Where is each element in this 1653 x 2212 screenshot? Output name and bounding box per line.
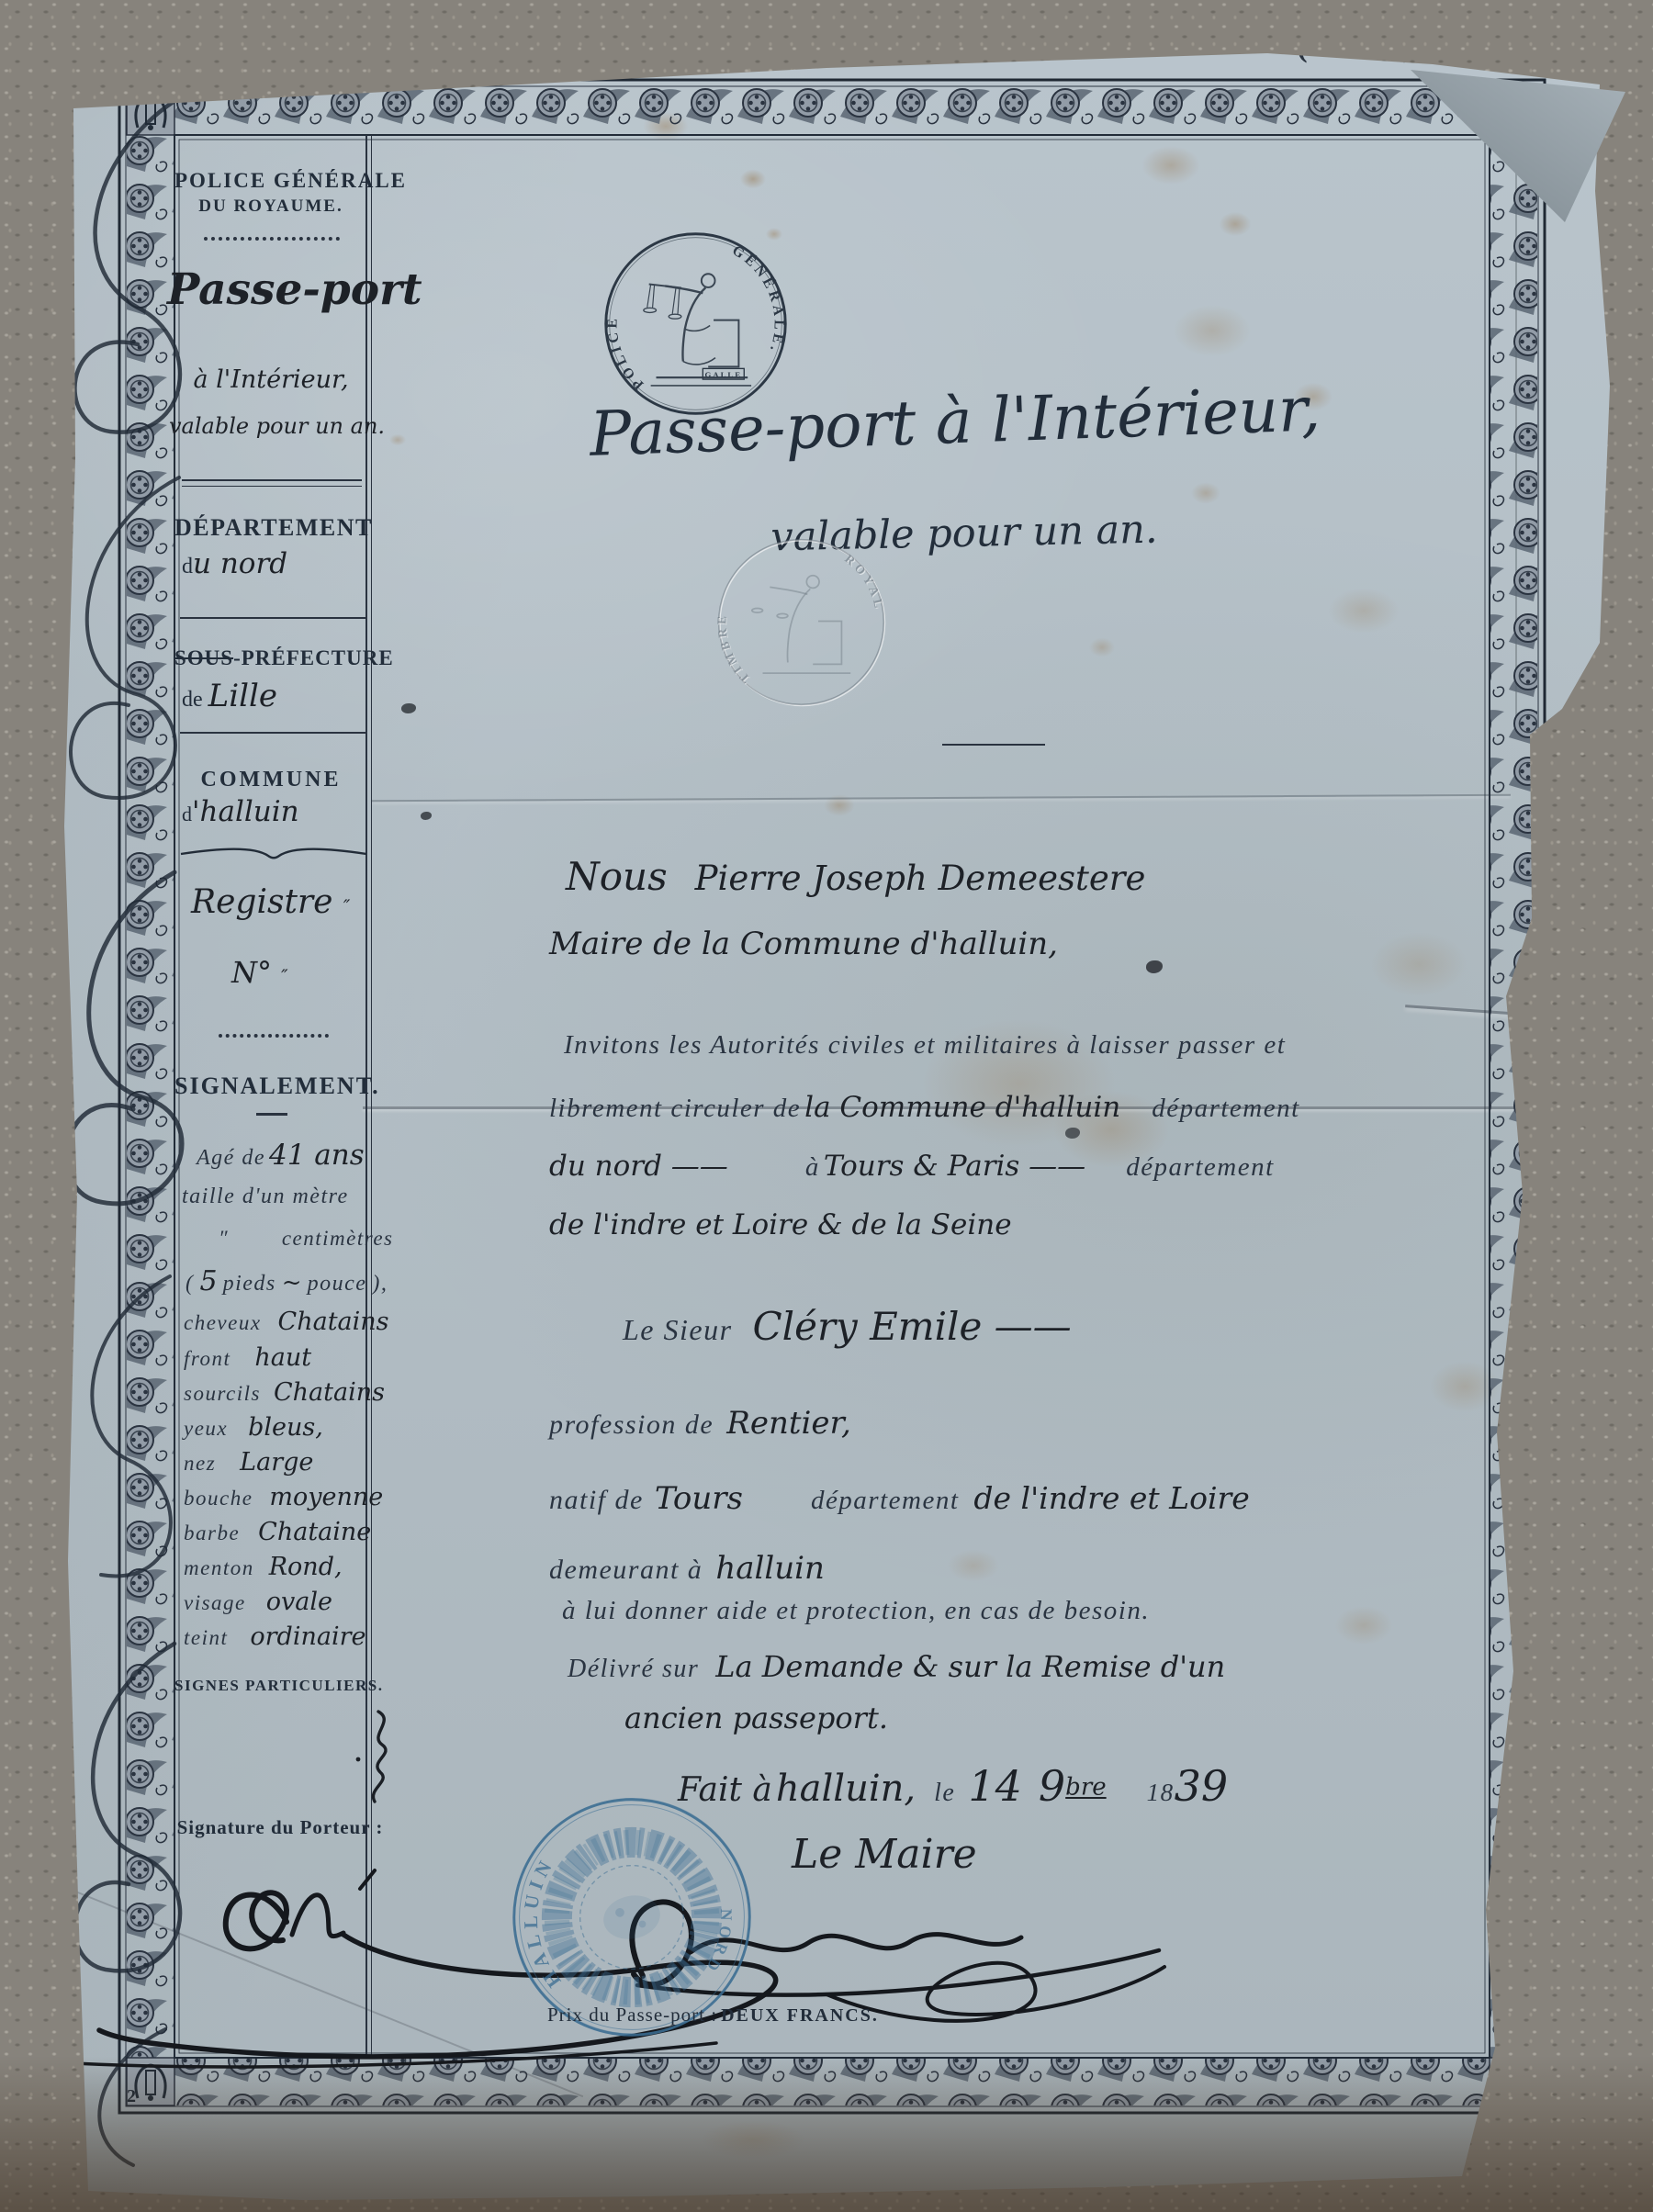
pouce-value: ~ (282, 1269, 302, 1297)
pieds-value: 5 (200, 1265, 218, 1297)
row-label: bouche (184, 1487, 253, 1510)
natif-dept-value: de l'indre et Loire (973, 1480, 1249, 1516)
pen-squiggle (342, 1706, 406, 1812)
profession-value: Rentier, (726, 1405, 851, 1442)
row-value: Chataine (258, 1518, 371, 1546)
ditto-quote: ″ (219, 1227, 229, 1250)
line-aide: à lui donner aide et protection, en cas … (562, 1596, 1150, 1626)
handwritten-segment: Tours & Paris —— (824, 1150, 1085, 1183)
registre-label: Registre ″ (191, 883, 350, 921)
centimetres-row: ″ centimètres (219, 1227, 394, 1251)
price-line: Prix du Passe-port : DEUX FRANCS. (547, 2004, 879, 2027)
line-sieur: Le Sieur Cléry Emile —— (623, 1304, 1072, 1349)
delivre-label: Délivré sur (568, 1655, 699, 1683)
row-value: Rond, (269, 1553, 343, 1581)
row-value: haut (254, 1343, 311, 1372)
bearer-issuer-name: Pierre Joseph Demeestere (695, 859, 1146, 898)
row-value: moyenne (269, 1483, 383, 1511)
taille-row: taille d'un mètre (182, 1185, 349, 1209)
signalement-row: sourcils Chatains (184, 1378, 385, 1407)
natif-label: natif de (549, 1485, 644, 1515)
stain (680, 2112, 826, 2167)
numero-word: N° (231, 955, 272, 990)
left-subtitle2: valable pour un an. (169, 413, 371, 439)
departement-label: DÉPARTEMENT (174, 514, 367, 542)
line-ancien-passeport: ancien passeport. (624, 1701, 888, 1735)
printed-segment: département (1126, 1152, 1274, 1182)
row-value: Chatains (278, 1308, 389, 1336)
line-departements: de l'indre et Loire & de la Seine (549, 1208, 1012, 1241)
dotted-rule (204, 237, 340, 241)
seal-text-police: POLICE (604, 315, 647, 392)
prefecture-word: -PRÉFECTURE (233, 646, 394, 669)
section-rule (942, 744, 1045, 746)
signalement-title: SIGNALEMENT. (174, 1072, 367, 1100)
nous-word: Nous (566, 854, 668, 899)
age-value: 41 ans (269, 1139, 365, 1172)
sous-struck: SOUS (174, 646, 233, 669)
corner-mark: (P. 1.) (1297, 28, 1420, 64)
numero-label: N° ″ (231, 955, 288, 990)
left-subtitle1: à l'Intérieur, (174, 365, 367, 394)
row-label: nez (184, 1452, 216, 1475)
page-number: 2 (127, 2086, 136, 2107)
printed-prefix: d (182, 555, 193, 578)
handwritten-value: Lille (208, 678, 277, 714)
departement-value: du nord (182, 547, 287, 580)
cm-label: centimètres (282, 1227, 394, 1250)
demeurant-value: halluin (715, 1550, 825, 1587)
price-value: DEUX FRANCS. (721, 2005, 879, 2026)
date-day: 14 (968, 1761, 1022, 1811)
commune-label: COMMUNE (174, 768, 367, 792)
line-natif: natif de Tours département de l'indre et… (549, 1480, 1250, 1517)
row-label: teint (184, 1626, 228, 1649)
registre-word: Registre (191, 883, 332, 921)
printed-segment: département (1152, 1094, 1299, 1123)
sieur-name: Cléry Emile —— (753, 1304, 1072, 1349)
delivre-value: La Demande & sur la Remise d'un (715, 1649, 1225, 1684)
demeurant-label: demeurant à (549, 1555, 703, 1585)
ditto-mark: ″ (281, 965, 287, 987)
paper-bottom-shadow (0, 2057, 1653, 2212)
printed-prefix: d (182, 803, 192, 825)
row-label: menton (184, 1556, 254, 1579)
svg-text:POLICE: POLICE (604, 315, 647, 392)
left-header-line2: DU ROYAUME. (174, 196, 367, 217)
printed-prefix: de (182, 688, 203, 712)
pieds-row: ( 5 pieds ~ pouce ), (186, 1265, 388, 1297)
fait-place: halluin, (776, 1768, 916, 1810)
row-label: sourcils (184, 1382, 261, 1405)
rule (180, 732, 365, 734)
signalement-row: menton Rond, (184, 1553, 343, 1581)
handwritten-value: 'halluin (192, 795, 299, 828)
row-label: cheveux (184, 1311, 262, 1334)
signalement-row: barbe Chataine (184, 1518, 371, 1546)
timbre-royal-embossed-seal: TIMBRE ROYAL TIMBRE ROYAL (707, 528, 895, 716)
date-year-written: 39 (1175, 1761, 1229, 1811)
row-label: visage (184, 1591, 246, 1614)
price-label: Prix du Passe-port : (547, 2004, 717, 2026)
prefecture-label: SOUS-PRÉFECTURE (174, 646, 367, 670)
svg-text:ROYAL: ROYAL (842, 552, 886, 612)
line-fait: Fait à halluin, le 14 9bre 1839 (678, 1761, 1228, 1811)
pieds-label: pieds (223, 1272, 276, 1296)
signalement-row: cheveux Chatains (184, 1308, 389, 1336)
rule (180, 617, 365, 619)
age-label: Agé de (197, 1146, 265, 1170)
left-header-line1: POLICE GÉNÉRALE (174, 169, 367, 193)
date-year-printed: 18 (1147, 1779, 1175, 1806)
le-label: le (934, 1779, 955, 1807)
line-delivre: Délivré sur La Demande & sur la Remise d… (568, 1649, 1225, 1684)
printed-segment: librement circuler de (549, 1094, 801, 1123)
handwritten-segment: la Commune d'halluin (804, 1091, 1120, 1124)
photograph-of-passport: (P. 1.) 2 POLICE GÉNÉRALE DU ROYAUME. Pa… (0, 0, 1653, 2212)
signalement-row: yeux bleus, (184, 1413, 323, 1442)
signes-particuliers-label: SIGNES PARTICULIERS. (174, 1677, 367, 1695)
profession-label: profession de (549, 1409, 714, 1440)
line-maire: Maire de la Commune d'halluin, (549, 926, 1058, 962)
row-label: front (184, 1347, 231, 1370)
passport-sheet: (P. 1.) 2 POLICE GÉNÉRALE DU ROYAUME. Pa… (0, 0, 1653, 2212)
natif-dept-label: département (811, 1486, 959, 1515)
close-paren: ), (372, 1272, 388, 1296)
embossed-text-royal: ROYAL (842, 552, 886, 612)
handwritten-segment: du nord —— (549, 1150, 728, 1183)
pouce-label: pouce (308, 1272, 367, 1296)
line-invitons: Invitons les Autorités civiles et milita… (564, 1030, 1286, 1061)
signalement-row: nez Large (184, 1448, 313, 1477)
signalement-row: front haut (184, 1343, 311, 1372)
commune-value: d'halluin (182, 795, 299, 828)
row-value: ordinaire (250, 1623, 365, 1651)
line-profession: profession de Rentier, (549, 1405, 851, 1442)
prefecture-value: de Lille (182, 678, 277, 714)
line-destination: du nord —— à Tours & Paris —— départemen… (549, 1150, 1275, 1183)
printed-segment: à (805, 1152, 820, 1182)
row-value: Large (240, 1448, 313, 1477)
ditto-mark: ″ (343, 895, 350, 917)
dotted-rule (219, 1034, 329, 1038)
double-rule (182, 479, 362, 487)
handwritten-value: u nord (193, 547, 287, 580)
signalement-row: visage ovale (184, 1588, 332, 1616)
sieur-label: Le Sieur (623, 1313, 733, 1346)
row-value: bleus, (248, 1413, 323, 1442)
age-row: Agé de 41 ans (197, 1139, 365, 1172)
left-passport-title: Passe-port (167, 264, 369, 315)
line-demeurant: demeurant à halluin (549, 1550, 825, 1587)
signalement-underline (256, 1113, 287, 1116)
line-circuler: librement circuler de la Commune d'hallu… (549, 1091, 1300, 1124)
signalement-row: bouche moyenne (184, 1483, 383, 1511)
date-month-suffix: bre (1065, 1774, 1106, 1802)
bracket-rule (178, 845, 369, 861)
seal-engraver: GALLE (705, 370, 743, 379)
row-value: ovale (266, 1588, 332, 1616)
row-label: yeux (184, 1417, 228, 1440)
row-label: barbe (184, 1521, 240, 1544)
open-paren: ( (186, 1272, 195, 1296)
date-month: 9 (1039, 1761, 1065, 1811)
natif-value: Tours (655, 1480, 743, 1517)
row-value: Chatains (274, 1378, 385, 1407)
line-nous: Nous Pierre Joseph Demeestere (566, 854, 1145, 899)
signalement-row: teint ordinaire (184, 1623, 365, 1651)
